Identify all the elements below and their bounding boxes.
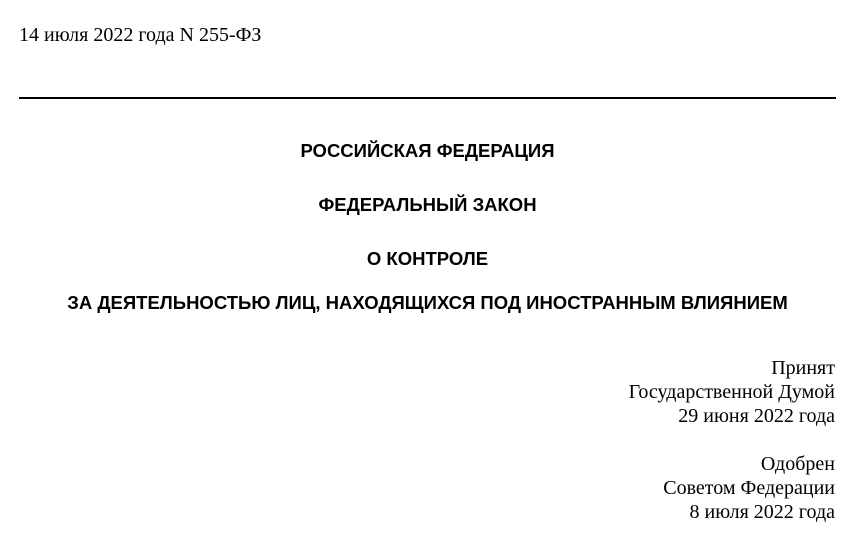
approved-label: Одобрен xyxy=(663,452,835,476)
header-divider xyxy=(19,97,836,99)
law-title-line-1: О КОНТРОЛЕ xyxy=(2,248,851,270)
country-heading: РОССИЙСКАЯ ФЕДЕРАЦИЯ xyxy=(2,140,851,162)
adoption-block: Принят Государственной Думой 29 июня 202… xyxy=(629,356,835,428)
document-type-heading: ФЕДЕРАЛЬНЫЙ ЗАКОН xyxy=(2,194,851,216)
law-title-line-2: ЗА ДЕЯТЕЛЬНОСТЬЮ ЛИЦ, НАХОДЯЩИХСЯ ПОД ИН… xyxy=(2,292,851,314)
law-date-number: 14 июля 2022 года N 255-ФЗ xyxy=(19,23,261,47)
approval-block: Одобрен Советом Федерации 8 июля 2022 го… xyxy=(663,452,835,524)
approved-by: Советом Федерации xyxy=(663,476,835,500)
adopted-by: Государственной Думой xyxy=(629,380,835,404)
adopted-date: 29 июня 2022 года xyxy=(629,404,835,428)
adopted-label: Принят xyxy=(629,356,835,380)
approved-date: 8 июля 2022 года xyxy=(663,500,835,524)
